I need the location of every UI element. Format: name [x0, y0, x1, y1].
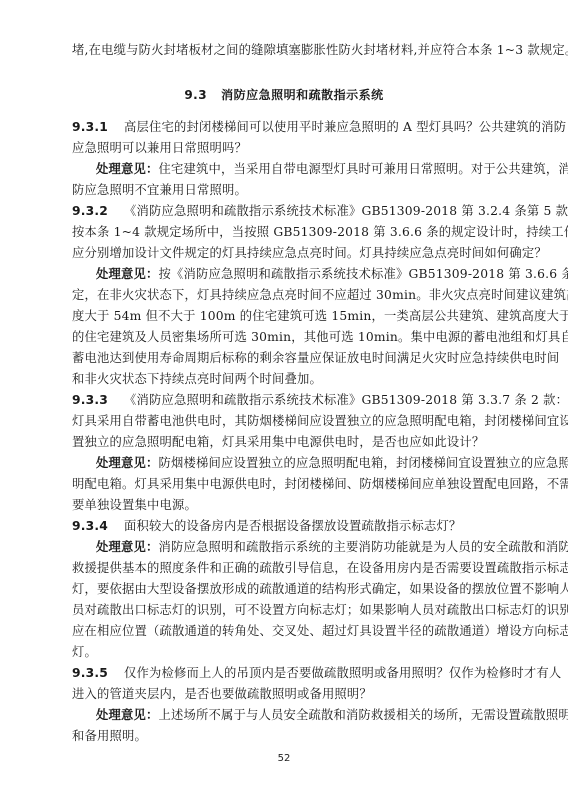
item-9-3-4-answer-line-4: 员对疏散出口标志灯的识别，可不设置方向标志灯；如果影响人员对疏散出口标志灯的识别… [72, 600, 498, 620]
item-number: 9.3.5 [72, 666, 108, 680]
item-9-3-2-question-line-1: 9.3.2《消防应急照明和疏散指示系统技术标准》GB51309-2018 第 3… [72, 201, 498, 221]
item-9-3-2-answer-line-6: 和非火灾状态下持续点亮时间两个时间叠加。 [72, 369, 498, 389]
item-9-3-3-answer-line-2: 明配电箱。灯具采用集中电源供电时，封闭楼梯间、防烟楼梯间应单独设置配电回路，不需 [72, 474, 498, 494]
item-9-3-4-answer-line-2: 救援提供基本的照度条件和正确的疏散引导信息，在设备用房内是否需要设置疏散指示标志 [72, 558, 498, 578]
item-9-3-4-answer-line-5: 应在相应位置（疏散通道的转角处、交叉处、超过灯具设置半径的疏散通道）增设方向标志 [72, 621, 498, 641]
item-9-3-2-answer-line-5: 蓄电池达到使用寿命周期后标称的剩余容量应保证放电时间满足火灾时应急持续供电时间 [72, 348, 498, 368]
item-9-3-2-answer-line-1: 处理意见：按《消防应急照明和疏散指示系统技术标准》GB51309-2018 第 … [96, 264, 498, 284]
item-9-3-4-question-line-1: 9.3.4面积较大的设备房内是否根据设备摆放设置疏散指示标志灯？ [72, 516, 498, 536]
item-9-3-4-answer-line-1: 处理意见：消防应急照明和疏散指示系统的主要消防功能就是为人员的安全疏散和消防 [96, 537, 498, 557]
item-9-3-2-answer-line-3: 度大于 54m 但不大于 100m 的住宅建筑可选 15min，一类高层公共建筑… [72, 306, 498, 326]
item-number: 9.3.2 [72, 204, 108, 218]
section-title: 消防应急照明和疏散指示系统 [221, 88, 384, 102]
item-9-3-5-question-line-2: 进入的管道夹层内，是否也要做疏散照明或备用照明？ [72, 684, 498, 704]
document-page: 堵,在电缆与防火封堵板材之间的缝隙填塞膨胀性防火封堵材料,并应符合本条 1~3 … [0, 0, 568, 809]
item-9-3-1-answer-line-2: 防应急照明不宜兼用日常照明。 [72, 180, 498, 200]
section-number: 9.3 [184, 88, 207, 102]
item-9-3-2-question-line-3: 应分别增加设计文件规定的灯具持续应急点亮时间。灯具持续应急点亮时间如何确定？ [72, 243, 498, 263]
item-9-3-2-answer-line-4: 的住宅建筑及人员密集场所可选 30min，其他可选 10min。集中电源的蓄电池… [72, 327, 498, 347]
item-9-3-3-answer-line-1: 处理意见：防烟楼梯间应设置独立的应急照明配电箱，封闭楼梯间宜设置独立的应急照 [96, 453, 498, 473]
item-9-3-3-question-line-1: 9.3.3《消防应急照明和疏散指示系统技术标准》GB51309-2018 第 3… [72, 390, 498, 410]
item-9-3-3-answer-line-3: 要单独设置集中电源。 [72, 495, 498, 515]
item-9-3-5-answer-line-2: 和备用照明。 [72, 726, 498, 746]
opinion-label: 处理意见： [96, 456, 159, 470]
opinion-label: 处理意见： [96, 540, 159, 554]
item-number: 9.3.4 [72, 519, 108, 533]
section-heading: 9.3 消防应急照明和疏散指示系统 [0, 86, 568, 103]
item-9-3-5-question-line-1: 9.3.5仅作为检修而上人的吊顶内是否要做疏散照明或备用照明？仅作为检修时才有人 [72, 663, 498, 683]
opinion-label: 处理意见： [96, 267, 159, 281]
page-number: 52 [0, 753, 568, 764]
item-9-3-1-answer-line-1: 处理意见：住宅建筑中，当采用自带电源型灯具时可兼用日常照明。对于公共建筑，消 [96, 159, 498, 179]
opinion-label: 处理意见： [96, 162, 159, 176]
item-9-3-2-question-line-2: 按本条 1~4 款规定场所中，当按照 GB51309-2018 第 3.6.6 … [72, 222, 498, 242]
continuation-line: 堵,在电缆与防火封堵板材之间的缝隙填塞膨胀性防火封堵材料,并应符合本条 1~3 … [72, 40, 498, 60]
item-9-3-4-answer-line-6: 灯。 [72, 642, 498, 662]
item-9-3-3-question-line-3: 置独立的应急照明配电箱，灯具采用集中电源供电时，是否也应如此设计？ [72, 432, 498, 452]
item-number: 9.3.3 [72, 393, 108, 407]
item-9-3-2-answer-line-2: 定，在非火灾状态下，灯具持续应急点亮时间不应超过 30min。非火灾点亮时间建议… [72, 285, 498, 305]
opinion-label: 处理意见： [96, 708, 159, 722]
item-9-3-4-answer-line-3: 灯，要依据由大型设备摆放形成的疏散通道的结构形式确定，如果设备的摆放位置不影响人 [72, 579, 498, 599]
item-9-3-1-question-line-2: 应急照明可以兼用日常照明吗？ [72, 138, 498, 158]
item-9-3-1-question-line-1: 9.3.1高层住宅的封闭楼梯间可以使用平时兼应急照明的 A 型灯具吗？公共建筑的… [72, 117, 498, 137]
item-9-3-5-answer-line-1: 处理意见：上述场所不属于与人员安全疏散和消防救援相关的场所，无需设置疏散照明 [96, 705, 498, 725]
item-9-3-3-question-line-2: 灯具采用自带蓄电池供电时，其防烟楼梯间应设置独立的应急照明配电箱，封闭楼梯间宜设 [72, 411, 498, 431]
item-number: 9.3.1 [72, 120, 108, 134]
